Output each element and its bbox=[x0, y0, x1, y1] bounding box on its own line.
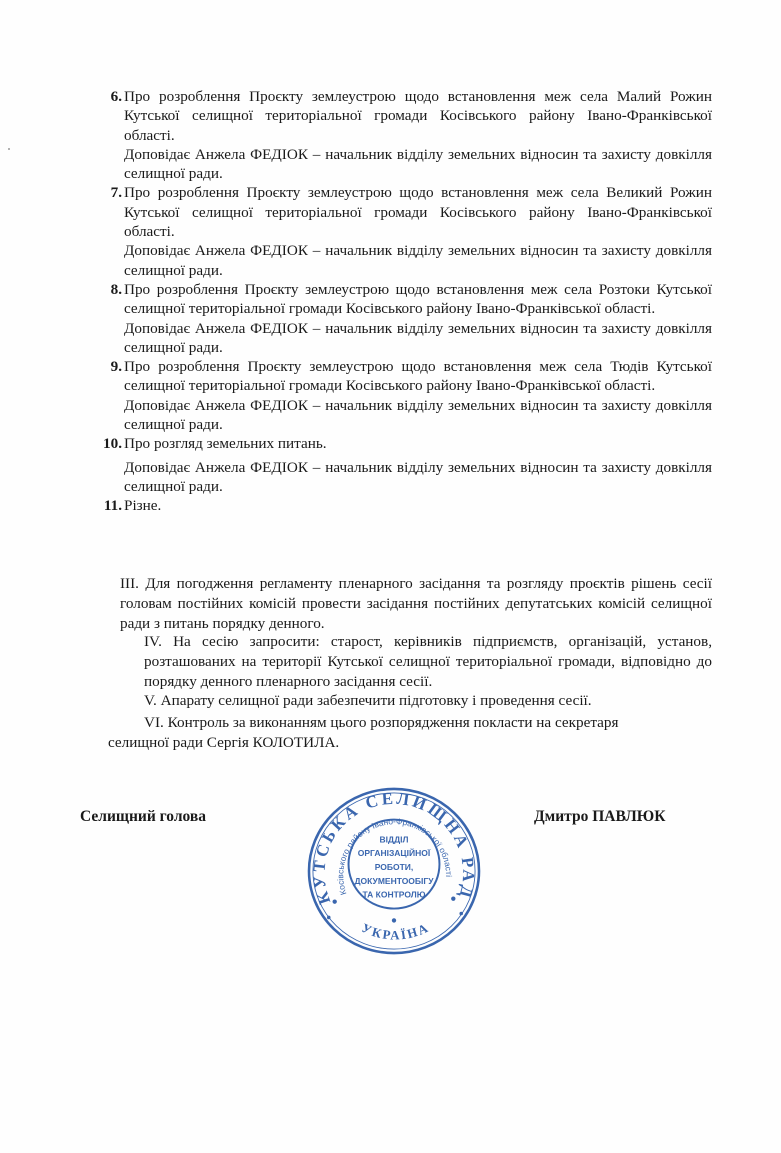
section-iv: IV. На сесію запросити: старост, керівни… bbox=[104, 632, 712, 691]
stamp-center-line-4: ДОКУМЕНТООБІГУ bbox=[354, 876, 434, 886]
item-title: Про розроблення Проєкту землеустрою щодо… bbox=[124, 357, 712, 396]
section-vi: VI. Контроль за виконанням цього розпоря… bbox=[104, 713, 712, 753]
item-speaker: Доповідає Анжела ФЕДІОК – начальник відд… bbox=[124, 458, 712, 497]
section-v: V. Апарату селищної ради забезпечити під… bbox=[104, 691, 712, 711]
item-speaker: Доповідає Анжела ФЕДІОК – начальник відд… bbox=[124, 241, 712, 280]
official-stamp-icon: КУТСЬКА СЕЛИЩНА РАДА Косівського району … bbox=[305, 785, 483, 957]
document-page: 6. Про розроблення Проєкту землеустрою щ… bbox=[0, 0, 781, 1153]
agenda-list: 6. Про розроблення Проєкту землеустрою щ… bbox=[88, 87, 712, 516]
section-vi-text-continued: селищної ради Сергія КОЛОТИЛА. bbox=[104, 733, 712, 753]
stamp-center-line-2: ОРГАНІЗАЦІЙНОЇ bbox=[358, 847, 431, 858]
item-number: 8. bbox=[88, 280, 122, 299]
item-number: 10. bbox=[88, 434, 122, 453]
item-title: Про розроблення Проєкту землеустрою щодо… bbox=[124, 183, 712, 241]
section-iii: ІІІ. Для погодження регламенту пленарног… bbox=[104, 574, 712, 633]
stamp-center-line-5: ТА КОНТРОЛЮ bbox=[363, 890, 426, 900]
section-v-text: V. Апарату селищної ради забезпечити під… bbox=[104, 691, 712, 711]
scan-artifact bbox=[8, 148, 10, 150]
signatory-name: Дмитро ПАВЛЮК bbox=[534, 808, 665, 826]
section-iv-text: IV. На сесію запросити: старост, керівни… bbox=[104, 632, 712, 691]
svg-text:УКРАЇНА: УКРАЇНА bbox=[359, 920, 431, 942]
stamp-center-line-1: ВІДДІЛ bbox=[380, 834, 409, 844]
item-title: Про розгляд земельних питань. bbox=[124, 434, 712, 453]
item-speaker: Доповідає Анжела ФЕДІОК – начальник відд… bbox=[124, 145, 712, 184]
item-number: 7. bbox=[88, 183, 122, 202]
agenda-item-11: 11. Різне. bbox=[88, 496, 712, 515]
section-vi-text: VI. Контроль за виконанням цього розпоря… bbox=[104, 713, 712, 733]
item-title: Про розроблення Проєкту землеустрою щодо… bbox=[124, 87, 712, 145]
agenda-item-8: 8. Про розроблення Проєкту землеустрою щ… bbox=[88, 280, 712, 357]
signatory-position: Селищний голова bbox=[80, 808, 206, 826]
stamp-bottom-text: УКРАЇНА bbox=[359, 920, 431, 942]
item-title: Про розроблення Проєкту землеустрою щодо… bbox=[124, 280, 712, 319]
svg-text:КУТСЬКА СЕЛИЩНА РАДА: КУТСЬКА СЕЛИЩНА РАДА bbox=[305, 785, 478, 907]
agenda-item-7: 7. Про розроблення Проєкту землеустрою щ… bbox=[88, 183, 712, 279]
agenda-item-10: 10. Про розгляд земельних питань. Допові… bbox=[88, 434, 712, 496]
agenda-item-9: 9. Про розроблення Проєкту землеустрою щ… bbox=[88, 357, 712, 434]
item-title: Різне. bbox=[124, 496, 712, 515]
item-number: 9. bbox=[88, 357, 122, 376]
item-number: 6. bbox=[88, 87, 122, 106]
agenda-item-6: 6. Про розроблення Проєкту землеустрою щ… bbox=[88, 87, 712, 183]
section-iii-text: ІІІ. Для погодження регламенту пленарног… bbox=[104, 574, 712, 633]
stamp-outer-text: КУТСЬКА СЕЛИЩНА РАДА bbox=[305, 785, 478, 907]
stamp-center-line-3: РОБОТИ, bbox=[375, 862, 414, 872]
item-number: 11. bbox=[88, 496, 122, 515]
item-speaker: Доповідає Анжела ФЕДІОК – начальник відд… bbox=[124, 396, 712, 435]
item-speaker: Доповідає Анжела ФЕДІОК – начальник відд… bbox=[124, 319, 712, 358]
